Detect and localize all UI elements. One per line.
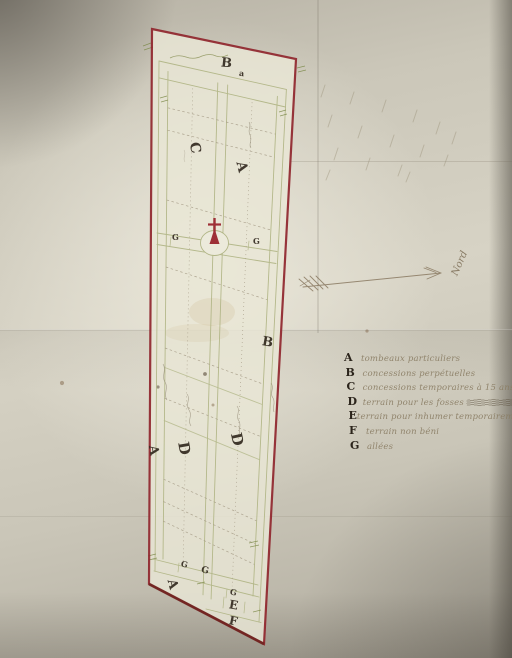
plan-letter-a-left: A — [146, 444, 161, 456]
plan-letter-d-left: D — [175, 441, 192, 457]
legend-letter: D — [348, 395, 363, 408]
legend-text: concessions perpétuelles — [363, 369, 476, 379]
legend: A tombeaux particuliers B concessions pe… — [344, 351, 512, 453]
legend-letter: B — [346, 366, 363, 379]
plan-letter-b-top: B — [220, 56, 233, 70]
legend-text: tombeaux particuliers — [361, 354, 460, 364]
legend-text: terrain non béni — [366, 427, 439, 437]
plan-letter-a-top: a — [239, 69, 245, 78]
legend-d-strikethrough-scribble — [467, 399, 512, 406]
legend-text: allées — [367, 442, 393, 452]
legend-row-f: F terrain non béni — [349, 424, 512, 439]
legend-row-e: E terrain pour inhumer temporairement — [349, 409, 512, 424]
pencil-hatch-marks — [321, 85, 456, 182]
plan-letter-b-right: B — [261, 335, 274, 350]
legend-row-d: D terrain pour les fosses — [348, 395, 512, 410]
legend-row-g: G allées — [350, 439, 512, 454]
plan-letter-g-cross-right: G — [253, 237, 260, 245]
legend-text: terrain pour les fosses — [363, 398, 464, 408]
legend-row-a: A tombeaux particuliers — [344, 351, 512, 366]
legend-row-c: C concessions temporaires à 15 ans — [347, 380, 512, 395]
plan-letter-g-cross-left: G — [172, 233, 179, 241]
legend-letter: G — [350, 439, 367, 452]
legend-text: concessions temporaires à 15 ans — [363, 383, 512, 393]
plan-drawing — [0, 0, 512, 658]
archival-cemetery-plan-photo: B a C A G G B A D D G G G A E F Nord A t… — [0, 0, 512, 658]
north-arrow — [299, 267, 441, 291]
legend-row-b: B concessions perpétuelles — [346, 366, 512, 381]
legend-letter: C — [347, 380, 363, 393]
legend-text: terrain pour inhumer temporairement — [357, 412, 512, 422]
legend-letter: F — [349, 424, 366, 437]
legend-letter: A — [344, 351, 361, 364]
legend-letter: E — [349, 409, 357, 422]
